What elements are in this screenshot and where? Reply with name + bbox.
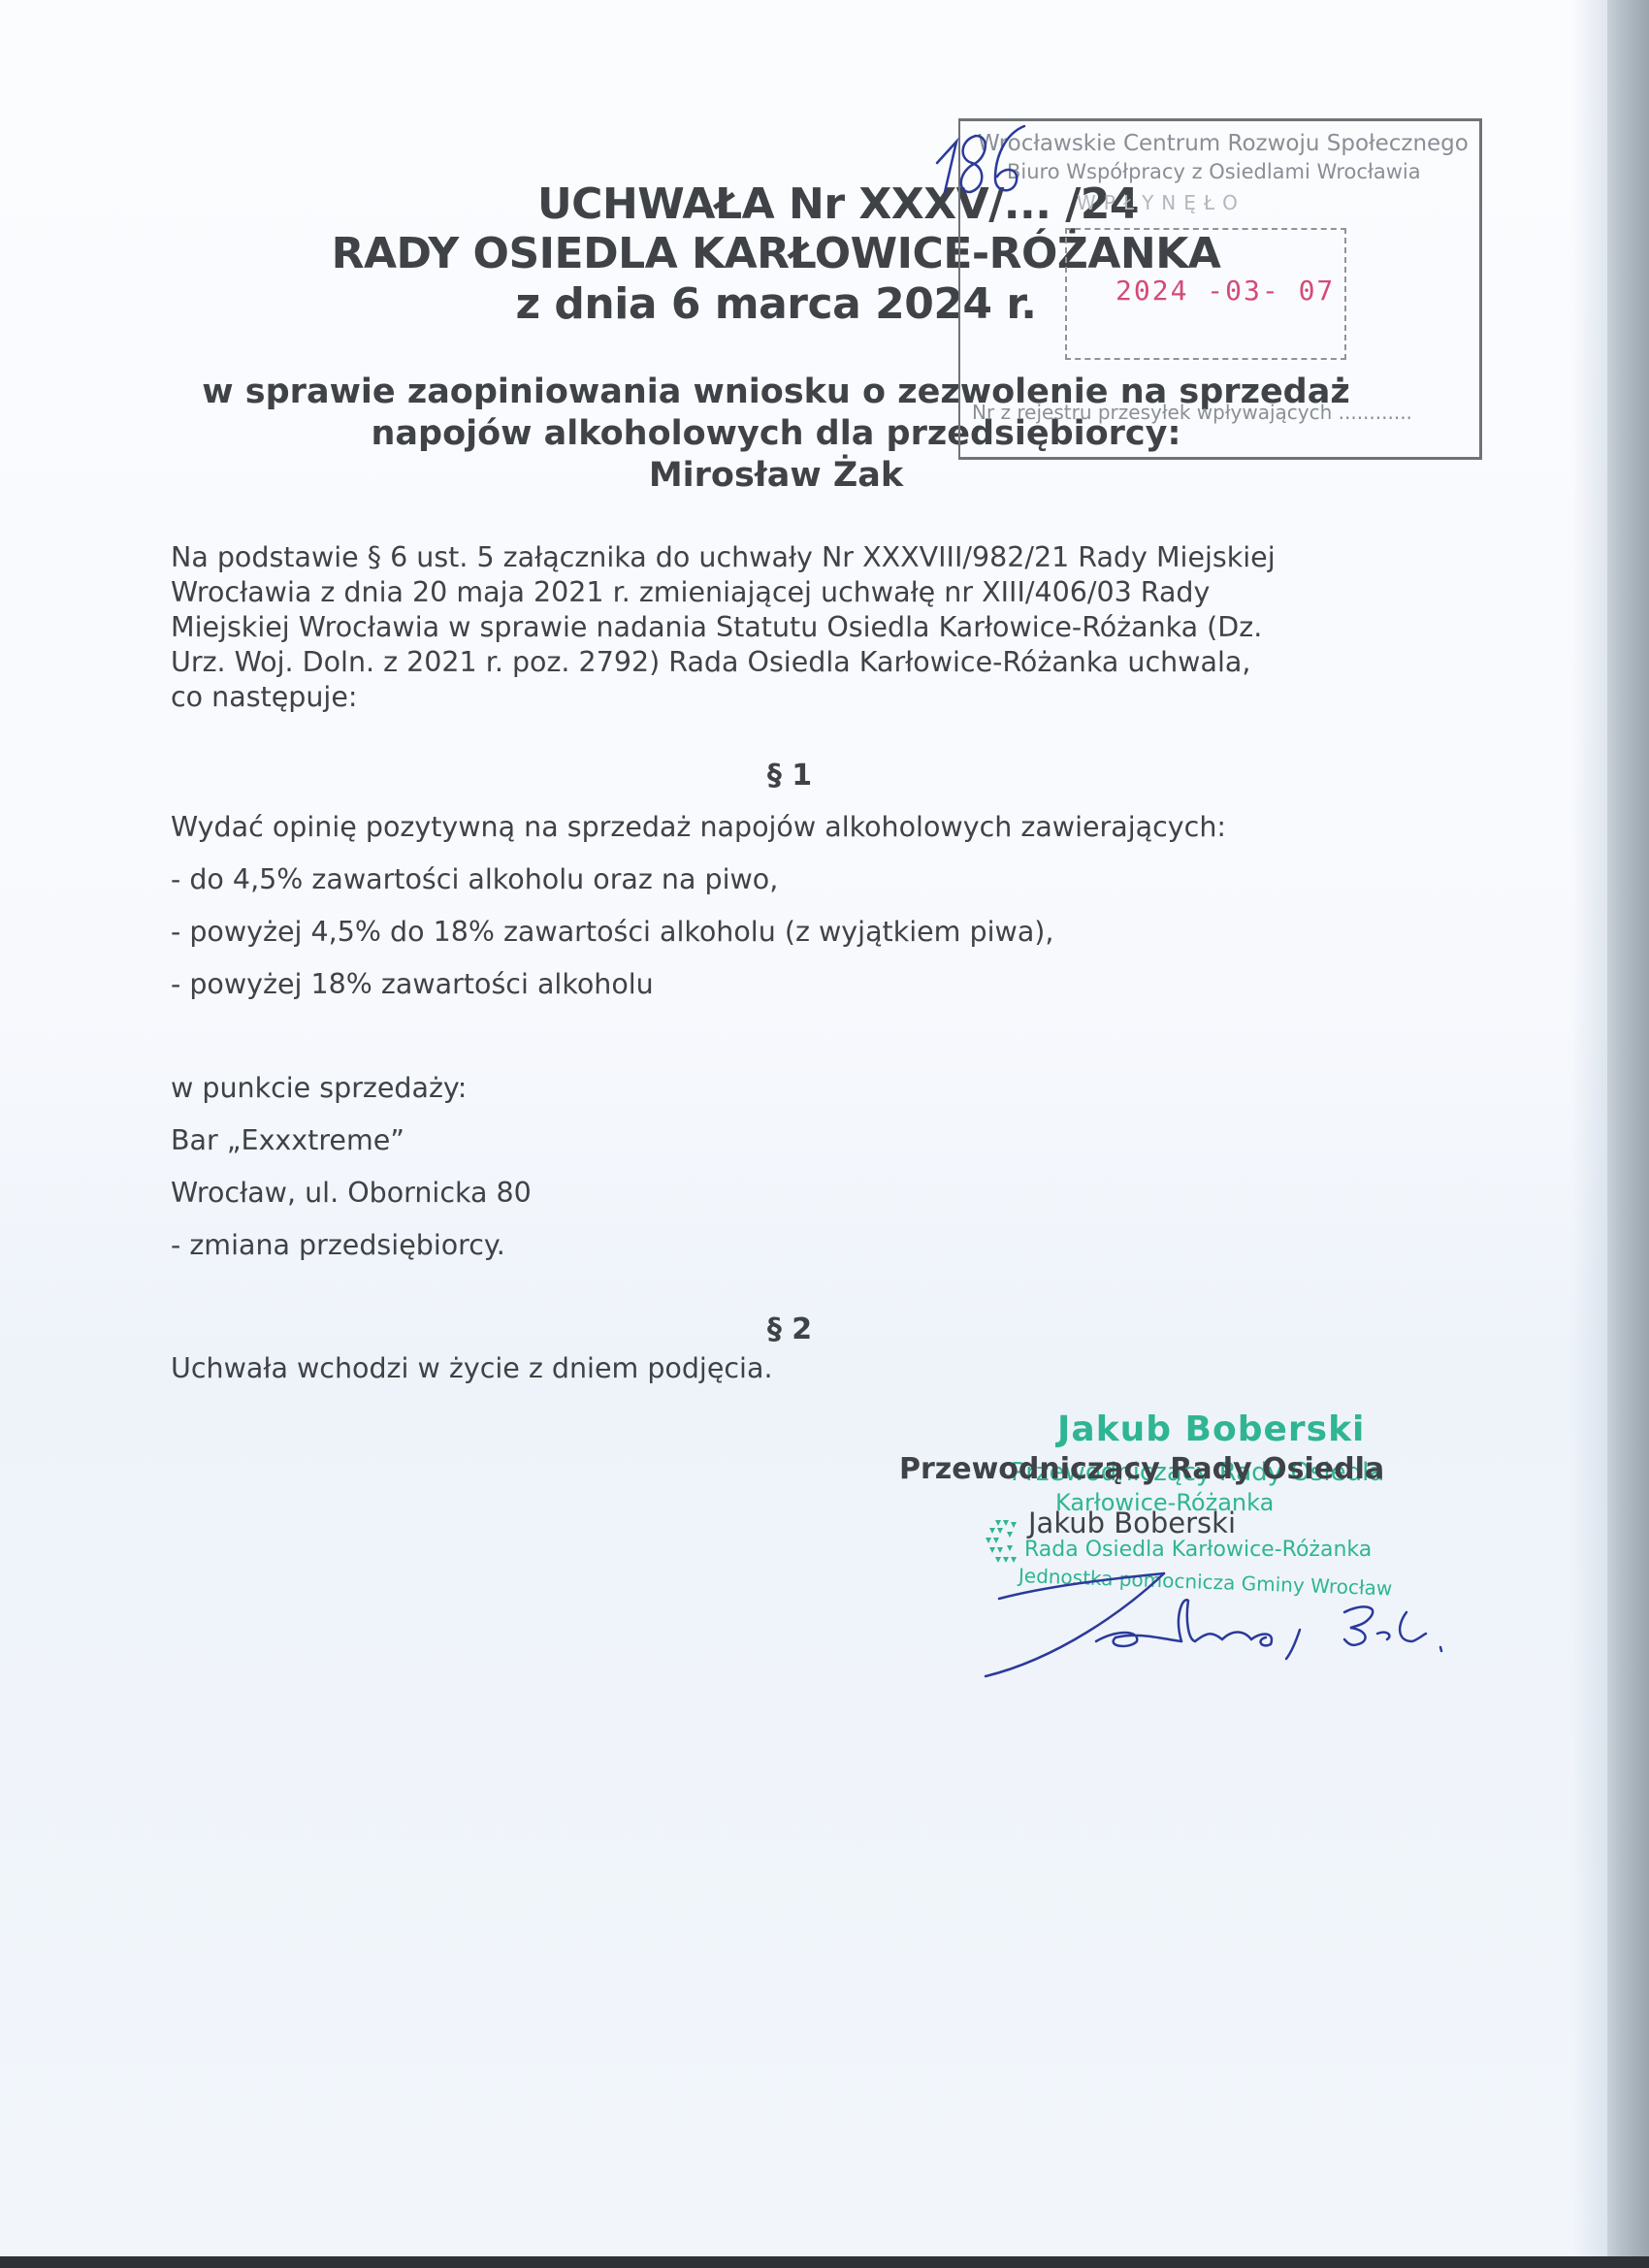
scanner-bottom-edge bbox=[0, 2256, 1649, 2268]
scanner-edge bbox=[1607, 0, 1649, 2256]
venue-address: Wrocław, ul. Obornicka 80 bbox=[171, 1176, 532, 1210]
alcohol-category-item: - do 4,5% zawartości alkoholu oraz na pi… bbox=[171, 862, 778, 896]
section-2-text: Uchwała wchodzi w życie z dniem podjęcia… bbox=[171, 1351, 773, 1385]
preamble-line: Urz. Woj. Doln. z 2021 r. poz. 2792) Rad… bbox=[171, 645, 1397, 680]
stamp-received: WPŁYNĘŁO bbox=[1077, 191, 1245, 214]
sales-point-label: w punkcie sprzedaży: bbox=[171, 1071, 467, 1105]
page-edge-shadow bbox=[1571, 0, 1607, 2256]
signatory-role: Przewodniczący Rady Osiedla bbox=[899, 1452, 1384, 1486]
section-2-heading: § 2 bbox=[0, 1312, 1579, 1346]
entrepreneur-name: Mirosław Żak bbox=[0, 454, 1552, 497]
stamp-institution: Wrocławskie Centrum Rozwoju Społecznego bbox=[978, 131, 1469, 156]
section-1-heading: § 1 bbox=[0, 759, 1579, 793]
change-note: - zmiana przedsiębiorcy. bbox=[171, 1228, 505, 1262]
stamp-office: Biuro Współpracy z Osiedlami Wrocławia bbox=[1007, 160, 1421, 183]
stamp-name: Jakub Boberski bbox=[1057, 1409, 1365, 1449]
preamble-line: Wrocławia z dnia 20 maja 2021 r. zmienia… bbox=[171, 575, 1397, 610]
stamp-council: Rada Osiedla Karłowice-Różanka bbox=[1024, 1538, 1372, 1562]
section-1-intro: Wydać opinię pozytywną na sprzedaż napoj… bbox=[171, 810, 1226, 844]
venue-name: Bar „Exxxtreme” bbox=[171, 1123, 404, 1157]
stamp-registry-label: Nr z rejestru przesyłek wpływających ...… bbox=[972, 401, 1412, 424]
preamble-line: Miejskiej Wrocławia w sprawie nadania St… bbox=[171, 610, 1397, 645]
preamble-line: Na podstawie § 6 ust. 5 załącznika do uc… bbox=[171, 540, 1397, 575]
stamp-received-date: 2024 -03- 07 bbox=[1115, 275, 1335, 307]
council-logo-icon bbox=[984, 1518, 1024, 1567]
registry-stamp: Wrocławskie Centrum Rozwoju Społecznego … bbox=[958, 118, 1482, 460]
preamble-line: co następuje: bbox=[171, 680, 1397, 715]
stamp-unit: Jednostka pomocnicza Gminy Wrocław bbox=[1018, 1564, 1393, 1600]
alcohol-category-item: - powyżej 4,5% do 18% zawartości alkohol… bbox=[171, 915, 1053, 949]
signatory-name: Jakub Boberski bbox=[1028, 1507, 1236, 1539]
alcohol-category-item: - powyżej 18% zawartości alkoholu bbox=[171, 967, 654, 1001]
